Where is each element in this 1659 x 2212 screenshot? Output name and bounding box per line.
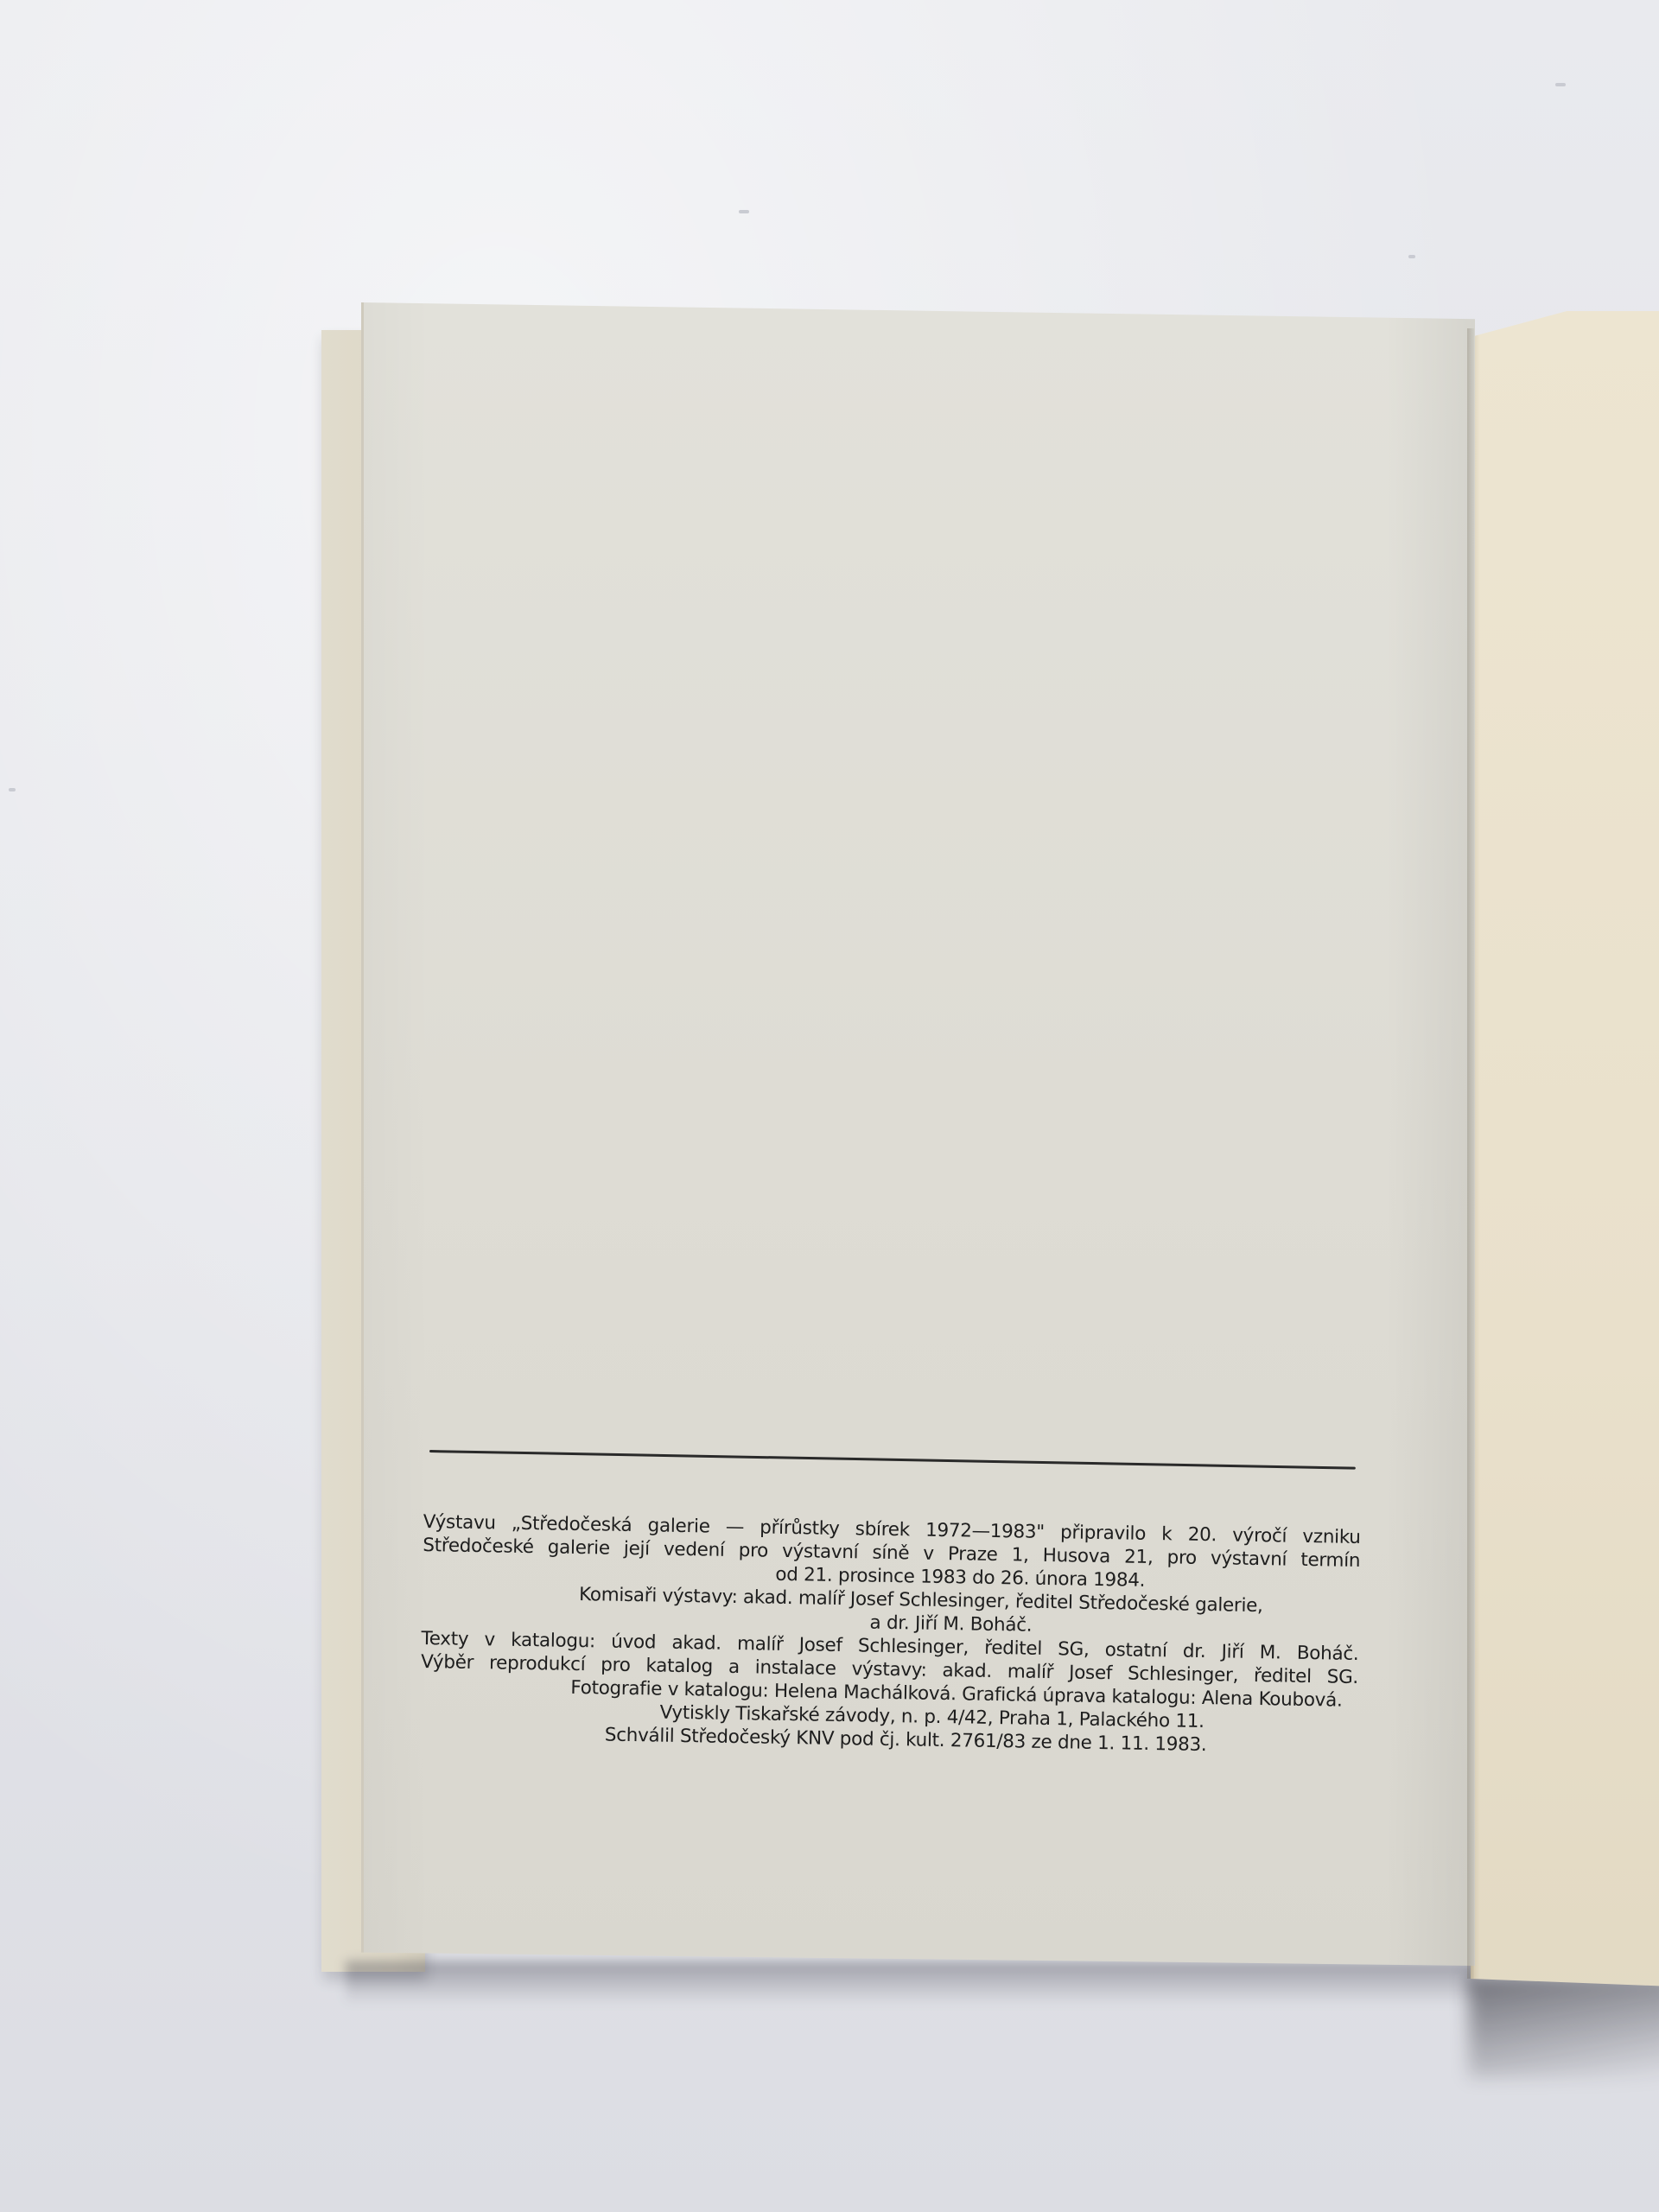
spine-gutter (1467, 328, 1474, 1979)
right-page (1471, 311, 1659, 2039)
page-shadow (1469, 1974, 1659, 2078)
surface-speck (1408, 255, 1415, 258)
surface-speck (9, 788, 16, 791)
page-shadow (346, 1961, 1478, 2005)
colophon-text-block: Výstavu „Středočeská galerie — přírůstky… (420, 1510, 1361, 1759)
surface-speck (739, 210, 749, 213)
surface-speck (1555, 83, 1566, 86)
